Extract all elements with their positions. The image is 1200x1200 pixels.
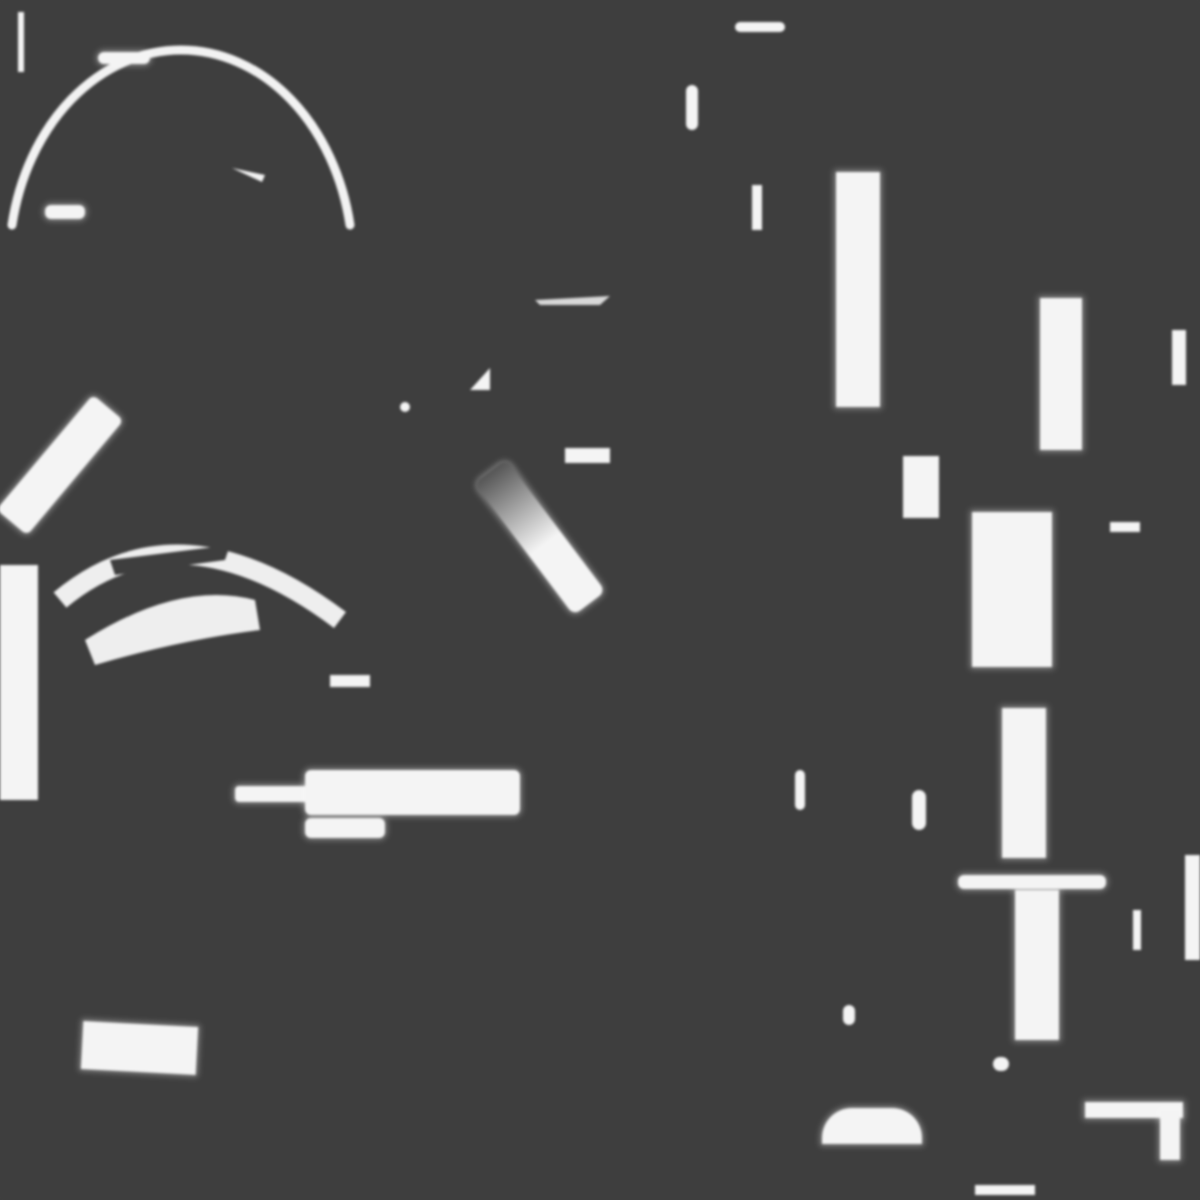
highlight-fragment: [795, 770, 805, 810]
highlight-fragment: [752, 185, 762, 230]
horizontal-fragment-center: [305, 770, 520, 815]
t-shape-right: [1015, 890, 1059, 1040]
highlight-fragment: [686, 85, 698, 130]
abstract-image: [0, 0, 1200, 1200]
highlight-fragment: [993, 1057, 1009, 1071]
vertical-bar-1: [836, 172, 880, 407]
t-shape-right: [958, 875, 1106, 889]
bracket-bottom-right: [1160, 1110, 1180, 1160]
highlight-fragment: [975, 1185, 1035, 1195]
highlight-fragment: [903, 456, 939, 518]
highlight-fragment: [565, 448, 610, 463]
vertical-bar-2: [1040, 298, 1082, 450]
highlight-fragment: [1172, 330, 1186, 385]
highlight-fragment: [735, 22, 785, 32]
horizontal-fragment-center: [305, 818, 385, 838]
vertical-bar-4: [1002, 708, 1046, 858]
highlight-fragment: [1185, 855, 1200, 960]
highlight-fragment: [1110, 522, 1140, 532]
vertical-bar-3: [972, 512, 1052, 667]
block-bottom-left: [81, 1021, 198, 1075]
vertical-strip-left-edge: [0, 565, 38, 800]
highlight-fragment: [330, 675, 370, 687]
mound-bottom-right: [822, 1108, 922, 1144]
highlight-fragment: [400, 402, 410, 412]
highlight-fragment: [1133, 910, 1141, 950]
highlight-fragment: [912, 790, 926, 830]
highlight-fragment: [843, 1005, 855, 1025]
